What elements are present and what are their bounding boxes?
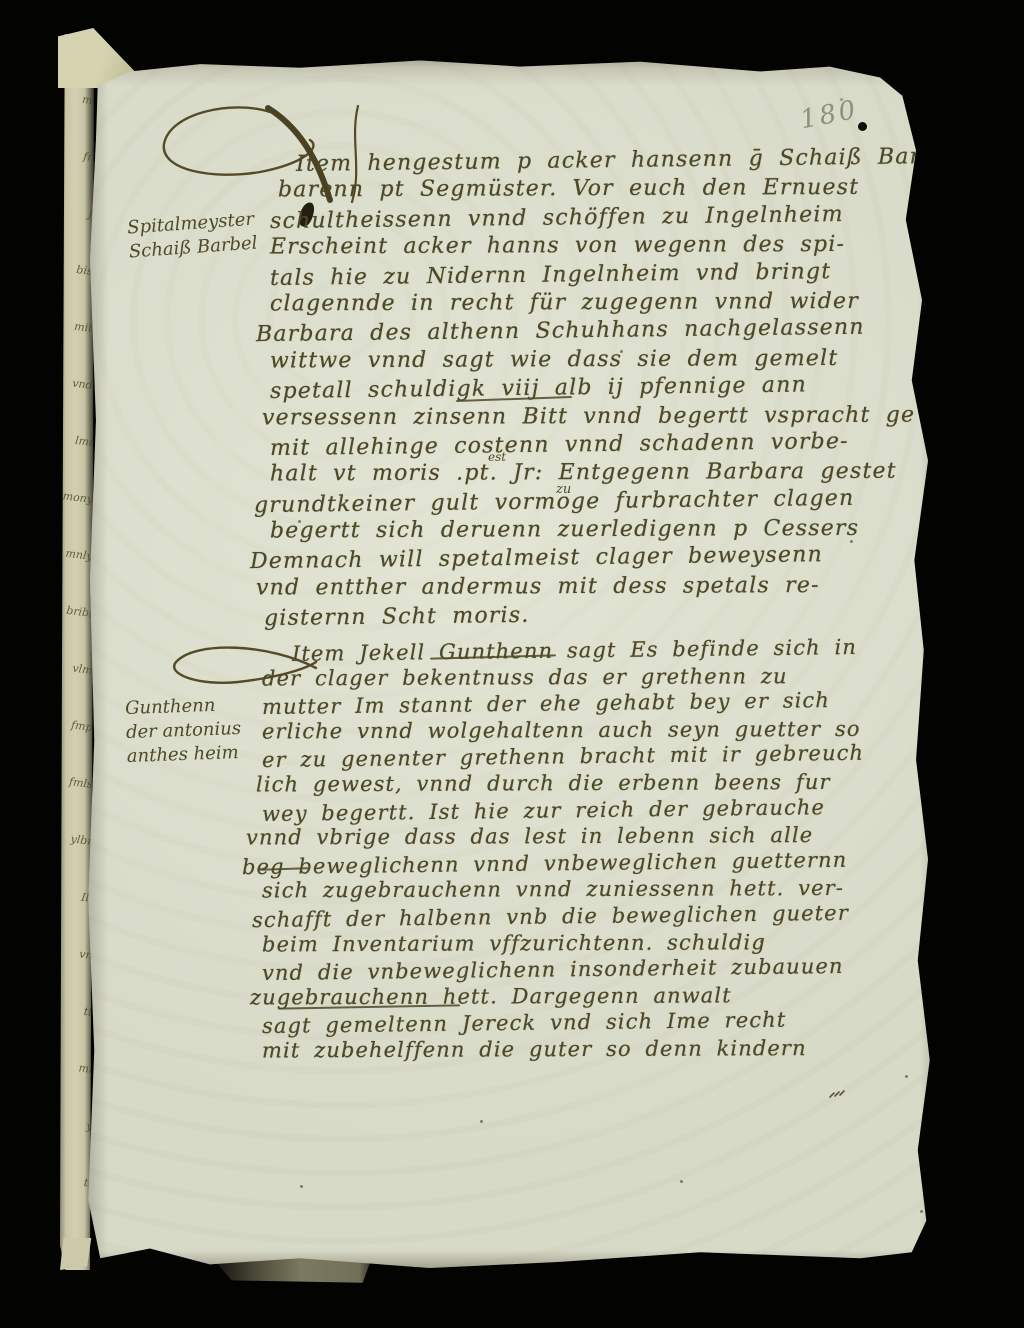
handwritten-line: mit zubehelffenn die guter so denn kinde… (262, 1035, 922, 1064)
paper-speck (840, 98, 843, 101)
handwritten-line: gisternn Scht moris. (264, 598, 930, 635)
edge-text-fragment: bribi (57, 603, 94, 663)
paper-speck (850, 540, 853, 543)
paper-speck (760, 940, 763, 943)
edge-text-fragment: tt (57, 1002, 94, 1062)
edge-text-fragment: mit (57, 318, 94, 378)
edge-text-fragment: mnly (57, 546, 94, 606)
edge-text-fragment: m (57, 90, 94, 150)
paper-speck (820, 1265, 823, 1268)
manuscript-photo: mfrJbismitvndlmimonymnlybribivlmfmpfmlsy… (0, 0, 1024, 1328)
margin-note-spitalmeister: SpitalmeysterSchaiß Barbel (126, 208, 258, 265)
paper-speck (620, 350, 623, 353)
edge-text-fragment: Ib (57, 888, 94, 948)
margin-note-gunthenn: Gunthennder antoniusanthes heim (125, 693, 243, 769)
ink-smudge (828, 1088, 846, 1100)
edge-text-fragment: fmls (57, 774, 94, 834)
edge-text-fragment: fmp (57, 717, 94, 777)
edge-text-fragments: mfrJbismitvndlmimonymnlybribivlmfmpfmlsy… (60, 92, 90, 1232)
edge-text-fragment: ylbr (57, 831, 94, 891)
paragraph-gunthenn-case: Item Jekell Gunthenn sagt Es befinde sic… (262, 638, 922, 1064)
edge-text-fragment: tt (57, 1173, 94, 1233)
edge-text-fragment: bis (57, 261, 94, 321)
edge-text-fragment: vn (57, 945, 94, 1005)
paragraph-spital-claim: Item hengestum p acker hansenn ḡ Schaiß … (270, 148, 930, 631)
edge-text-fragment: y (57, 1116, 94, 1176)
paper-speck (905, 1075, 908, 1078)
edge-text-fragment: vnd (57, 375, 94, 435)
edge-text-fragment: mony (57, 489, 94, 549)
underlying-page-edge: mfrJbismitvndlmimonymnlybribivlmfmpfmlsy… (60, 34, 94, 1270)
paper-speck (920, 1210, 923, 1213)
interlinear-insertion: zu (556, 482, 571, 497)
edge-text-fragment: lmi (57, 432, 94, 492)
edge-text-fragment: fr (57, 147, 94, 207)
interlinear-insertion: est (488, 450, 506, 464)
paper-speck (680, 1180, 683, 1183)
edge-text-fragment: mi (57, 1059, 94, 1119)
paper-speck (300, 1185, 303, 1188)
edge-text-fragment: J (57, 204, 94, 264)
edge-text-fragment: vlm (57, 660, 94, 720)
paper-speck (480, 1120, 483, 1123)
ink-dot (858, 122, 867, 131)
manuscript-page: 180 SpitalmeysterSchaiß Barbel Gunthennd… (84, 52, 940, 1268)
margin-note-line: anthes heim (126, 741, 242, 769)
paper-speck (298, 520, 301, 523)
